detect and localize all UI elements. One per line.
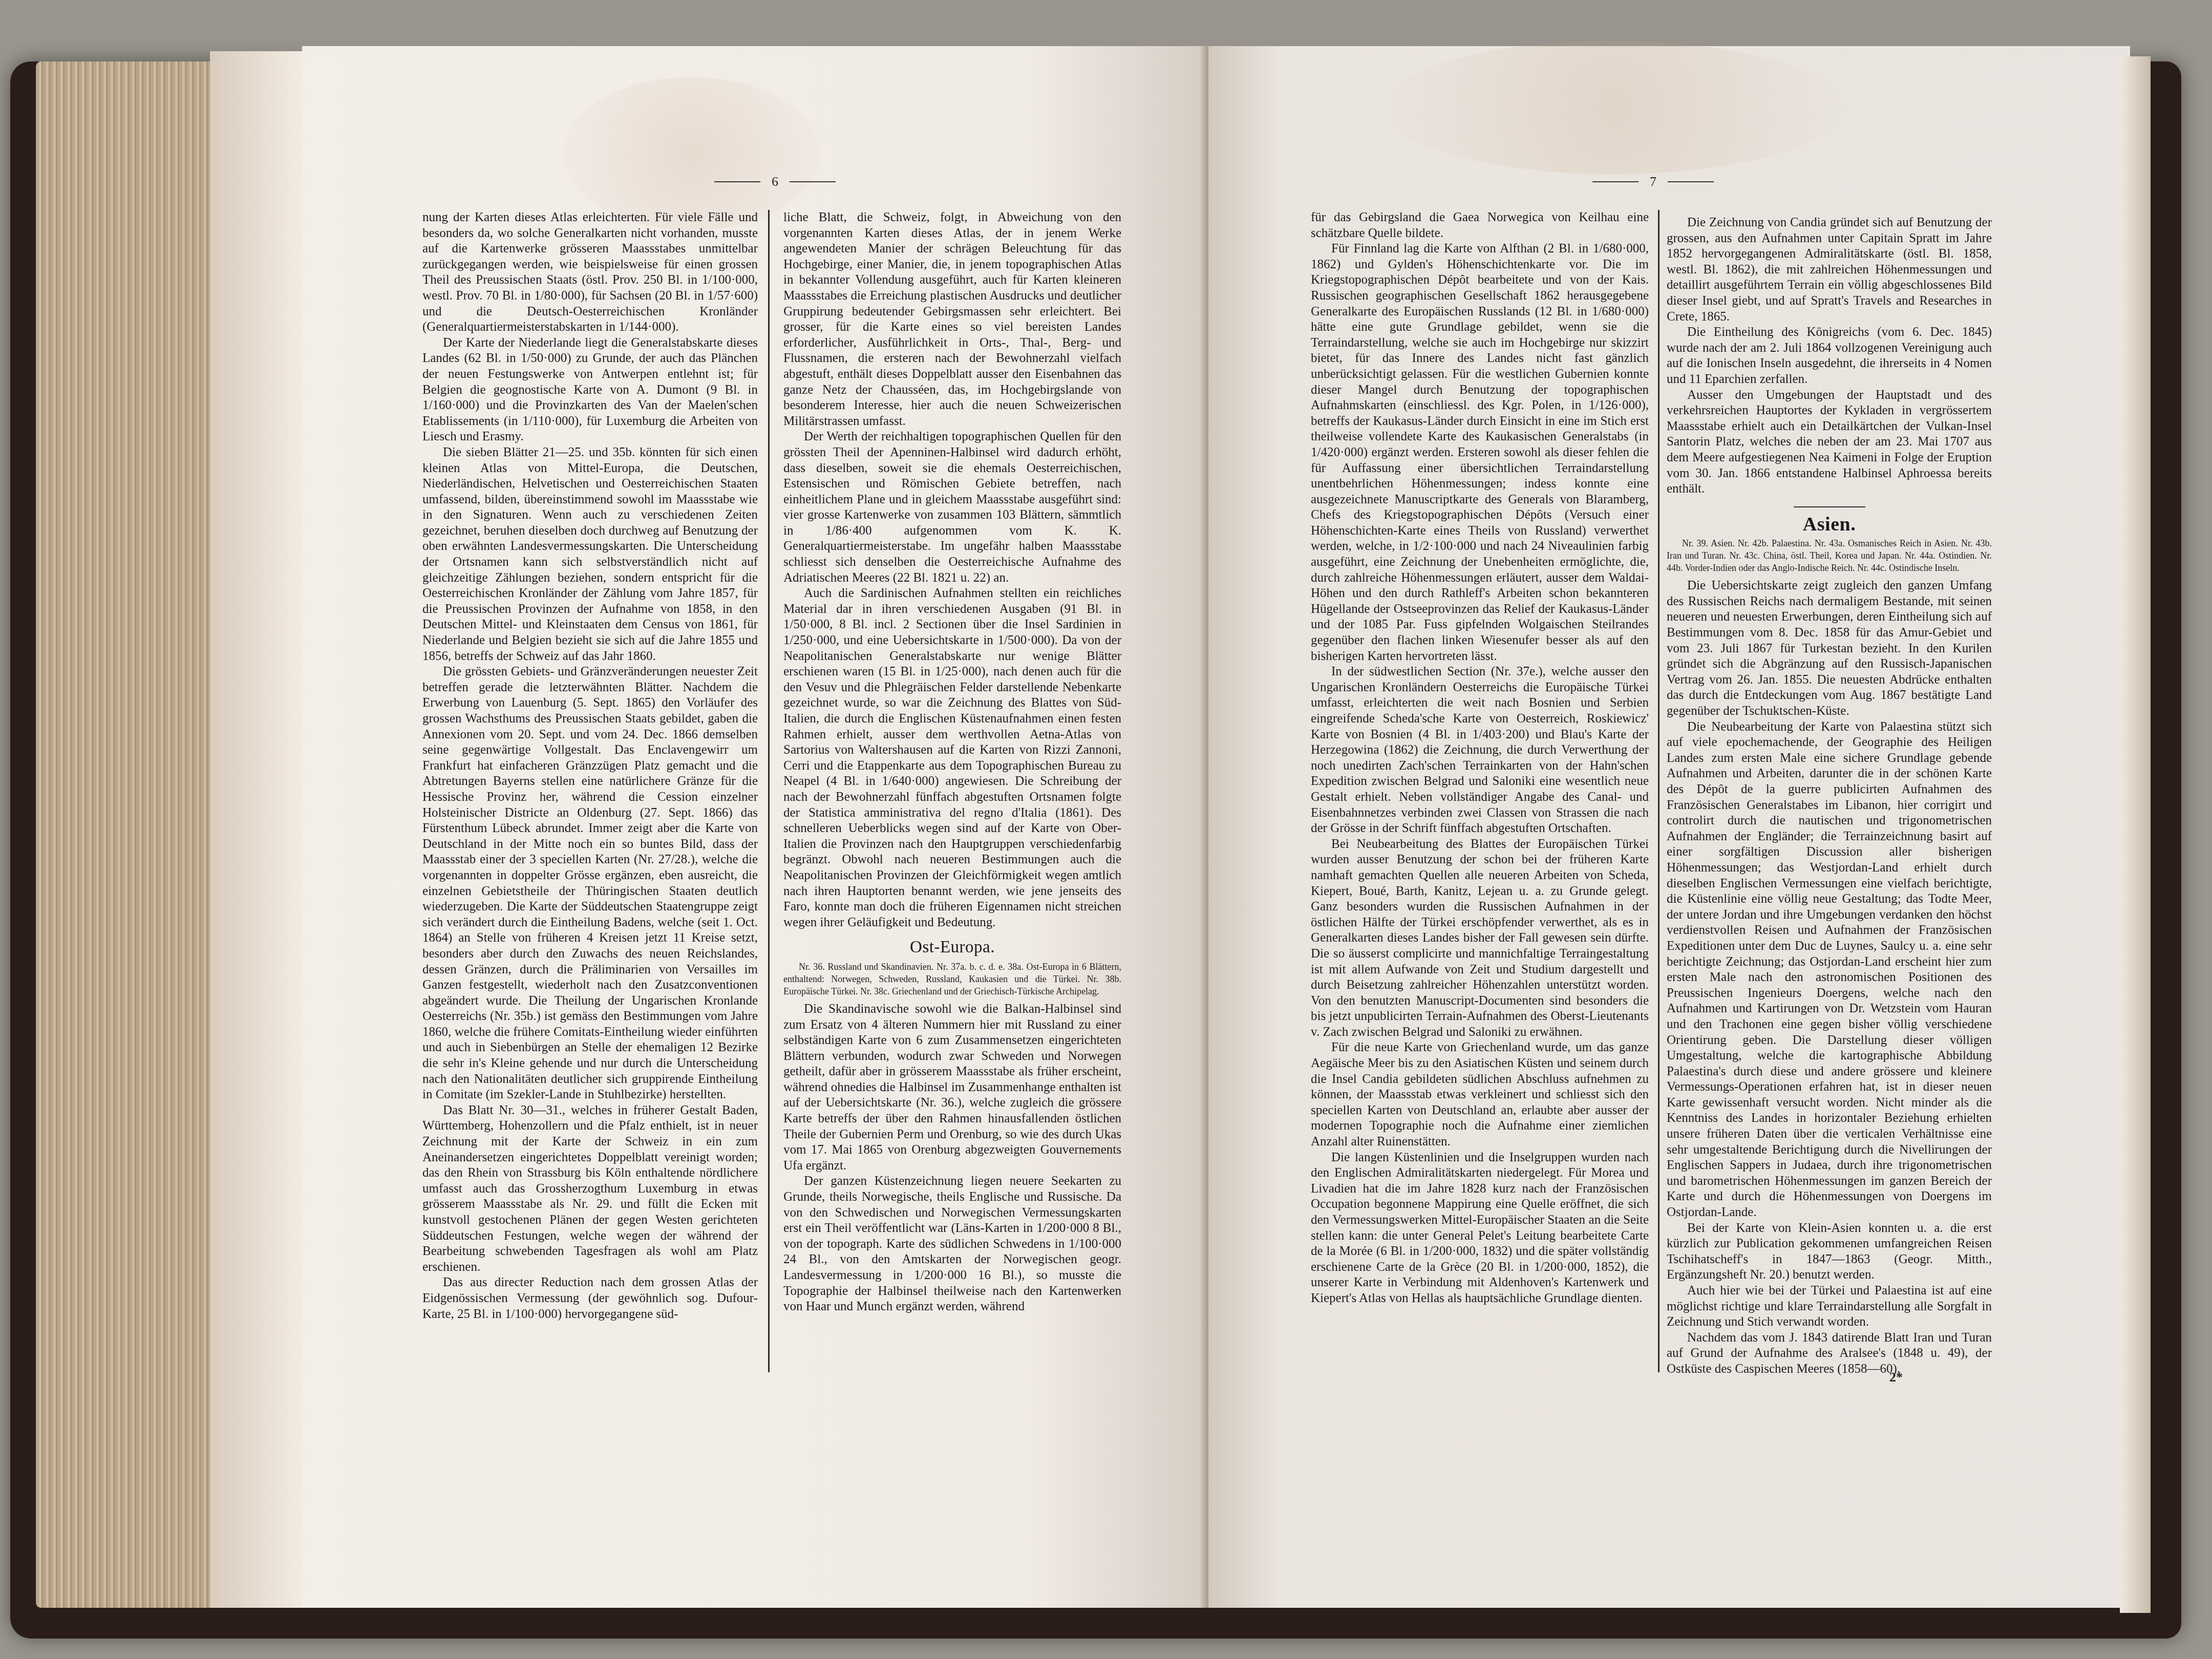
right-page-number: 7 xyxy=(1592,174,1714,189)
paragraph: In der südwestlichen Section (Nr. 37e.),… xyxy=(1311,664,1649,837)
paragraph: Die Uebersichtskarte zeigt zugleich den … xyxy=(1667,578,1992,719)
left-page-number: 6 xyxy=(714,174,836,189)
page-number-text: 7 xyxy=(1650,174,1656,189)
paragraph: nung der Karten dieses Atlas erleichtert… xyxy=(422,210,758,335)
paragraph: Der ganzen Küstenzeichnung liegen neuere… xyxy=(783,1174,1121,1314)
paragraph: Auch die Sardinischen Aufnahmen stellten… xyxy=(783,586,1121,930)
header-rule xyxy=(790,181,836,182)
section-separator-rule xyxy=(1794,506,1865,507)
section-heading-ost-europa: Ost-Europa. xyxy=(783,940,1121,955)
page-number-text: 6 xyxy=(772,174,778,189)
right-page-column-2: Die Zeichnung von Candia gründet sich au… xyxy=(1667,215,1992,1377)
paragraph: Ausser den Umgebungen der Hauptstadt und… xyxy=(1667,388,1992,497)
right-page-column-1: für das Gebirgsland die Gaea Norwegica v… xyxy=(1311,210,1649,1307)
header-rule xyxy=(714,181,760,182)
paragraph: für das Gebirgsland die Gaea Norwegica v… xyxy=(1311,210,1649,241)
foxing-stain xyxy=(563,77,819,230)
left-page-column-2: liche Blatt, die Schweiz, folgt, in Abwe… xyxy=(783,210,1121,1315)
paragraph: Die Eintheilung des Königreichs (vom 6. … xyxy=(1667,325,1992,387)
column-divider xyxy=(1658,210,1660,1372)
paragraph: Für die neue Karte von Griechenland wurd… xyxy=(1311,1040,1649,1150)
flyleaf xyxy=(210,51,302,1608)
section-heading-asien: Asien. xyxy=(1667,517,1992,533)
paragraph: Die langen Küstenlinien und die Inselgru… xyxy=(1311,1150,1649,1307)
paragraph: Für Finnland lag die Karte von Alfthan (… xyxy=(1311,241,1649,664)
paragraph: Die Neubearbeitung der Karte von Palaest… xyxy=(1667,719,1992,1221)
left-page-column-1: nung der Karten dieses Atlas erleichtert… xyxy=(422,210,758,1322)
section-map-list: Nr. 36. Russland und Skandinavien. Nr. 3… xyxy=(783,961,1121,997)
paragraph: Die grössten Gebiets- und Gränzveränderu… xyxy=(422,664,758,1103)
paragraph: Bei Neubearbeitung des Blattes der Europ… xyxy=(1311,837,1649,1040)
paragraph: Die sieben Blätter 21—25. und 35b. könnt… xyxy=(422,445,758,664)
paragraph: Der Karte der Niederlande liegt die Gene… xyxy=(422,335,758,445)
paragraph: Auch hier wie bei der Türkei und Palaest… xyxy=(1667,1283,1992,1330)
paragraph: Der Werth der reichhaltigen topographisc… xyxy=(783,429,1121,586)
column-divider xyxy=(768,210,770,1372)
header-rule xyxy=(1668,181,1714,182)
section-map-list: Nr. 39. Asien. Nr. 42b. Palaestina. Nr. … xyxy=(1667,537,1992,574)
signature-mark: 2* xyxy=(1889,1370,1903,1385)
paragraph: liche Blatt, die Schweiz, folgt, in Abwe… xyxy=(783,210,1121,429)
paragraph: Die Zeichnung von Candia gründet sich au… xyxy=(1667,215,1992,325)
water-stain xyxy=(1382,41,1843,174)
paragraph: Nachdem das vom J. 1843 datirende Blatt … xyxy=(1667,1330,1992,1377)
page-block-edges xyxy=(36,61,215,1608)
paragraph: Bei der Karte von Klein-Asien konnten u.… xyxy=(1667,1221,1992,1283)
paragraph: Das Blatt Nr. 30—31., welches in frühere… xyxy=(422,1103,758,1275)
paragraph: Das aus directer Reduction nach dem gros… xyxy=(422,1275,758,1322)
header-rule xyxy=(1592,181,1639,182)
paragraph: Die Skandinavische sowohl wie die Balkan… xyxy=(783,1002,1121,1174)
right-page-edge xyxy=(2120,56,2151,1613)
